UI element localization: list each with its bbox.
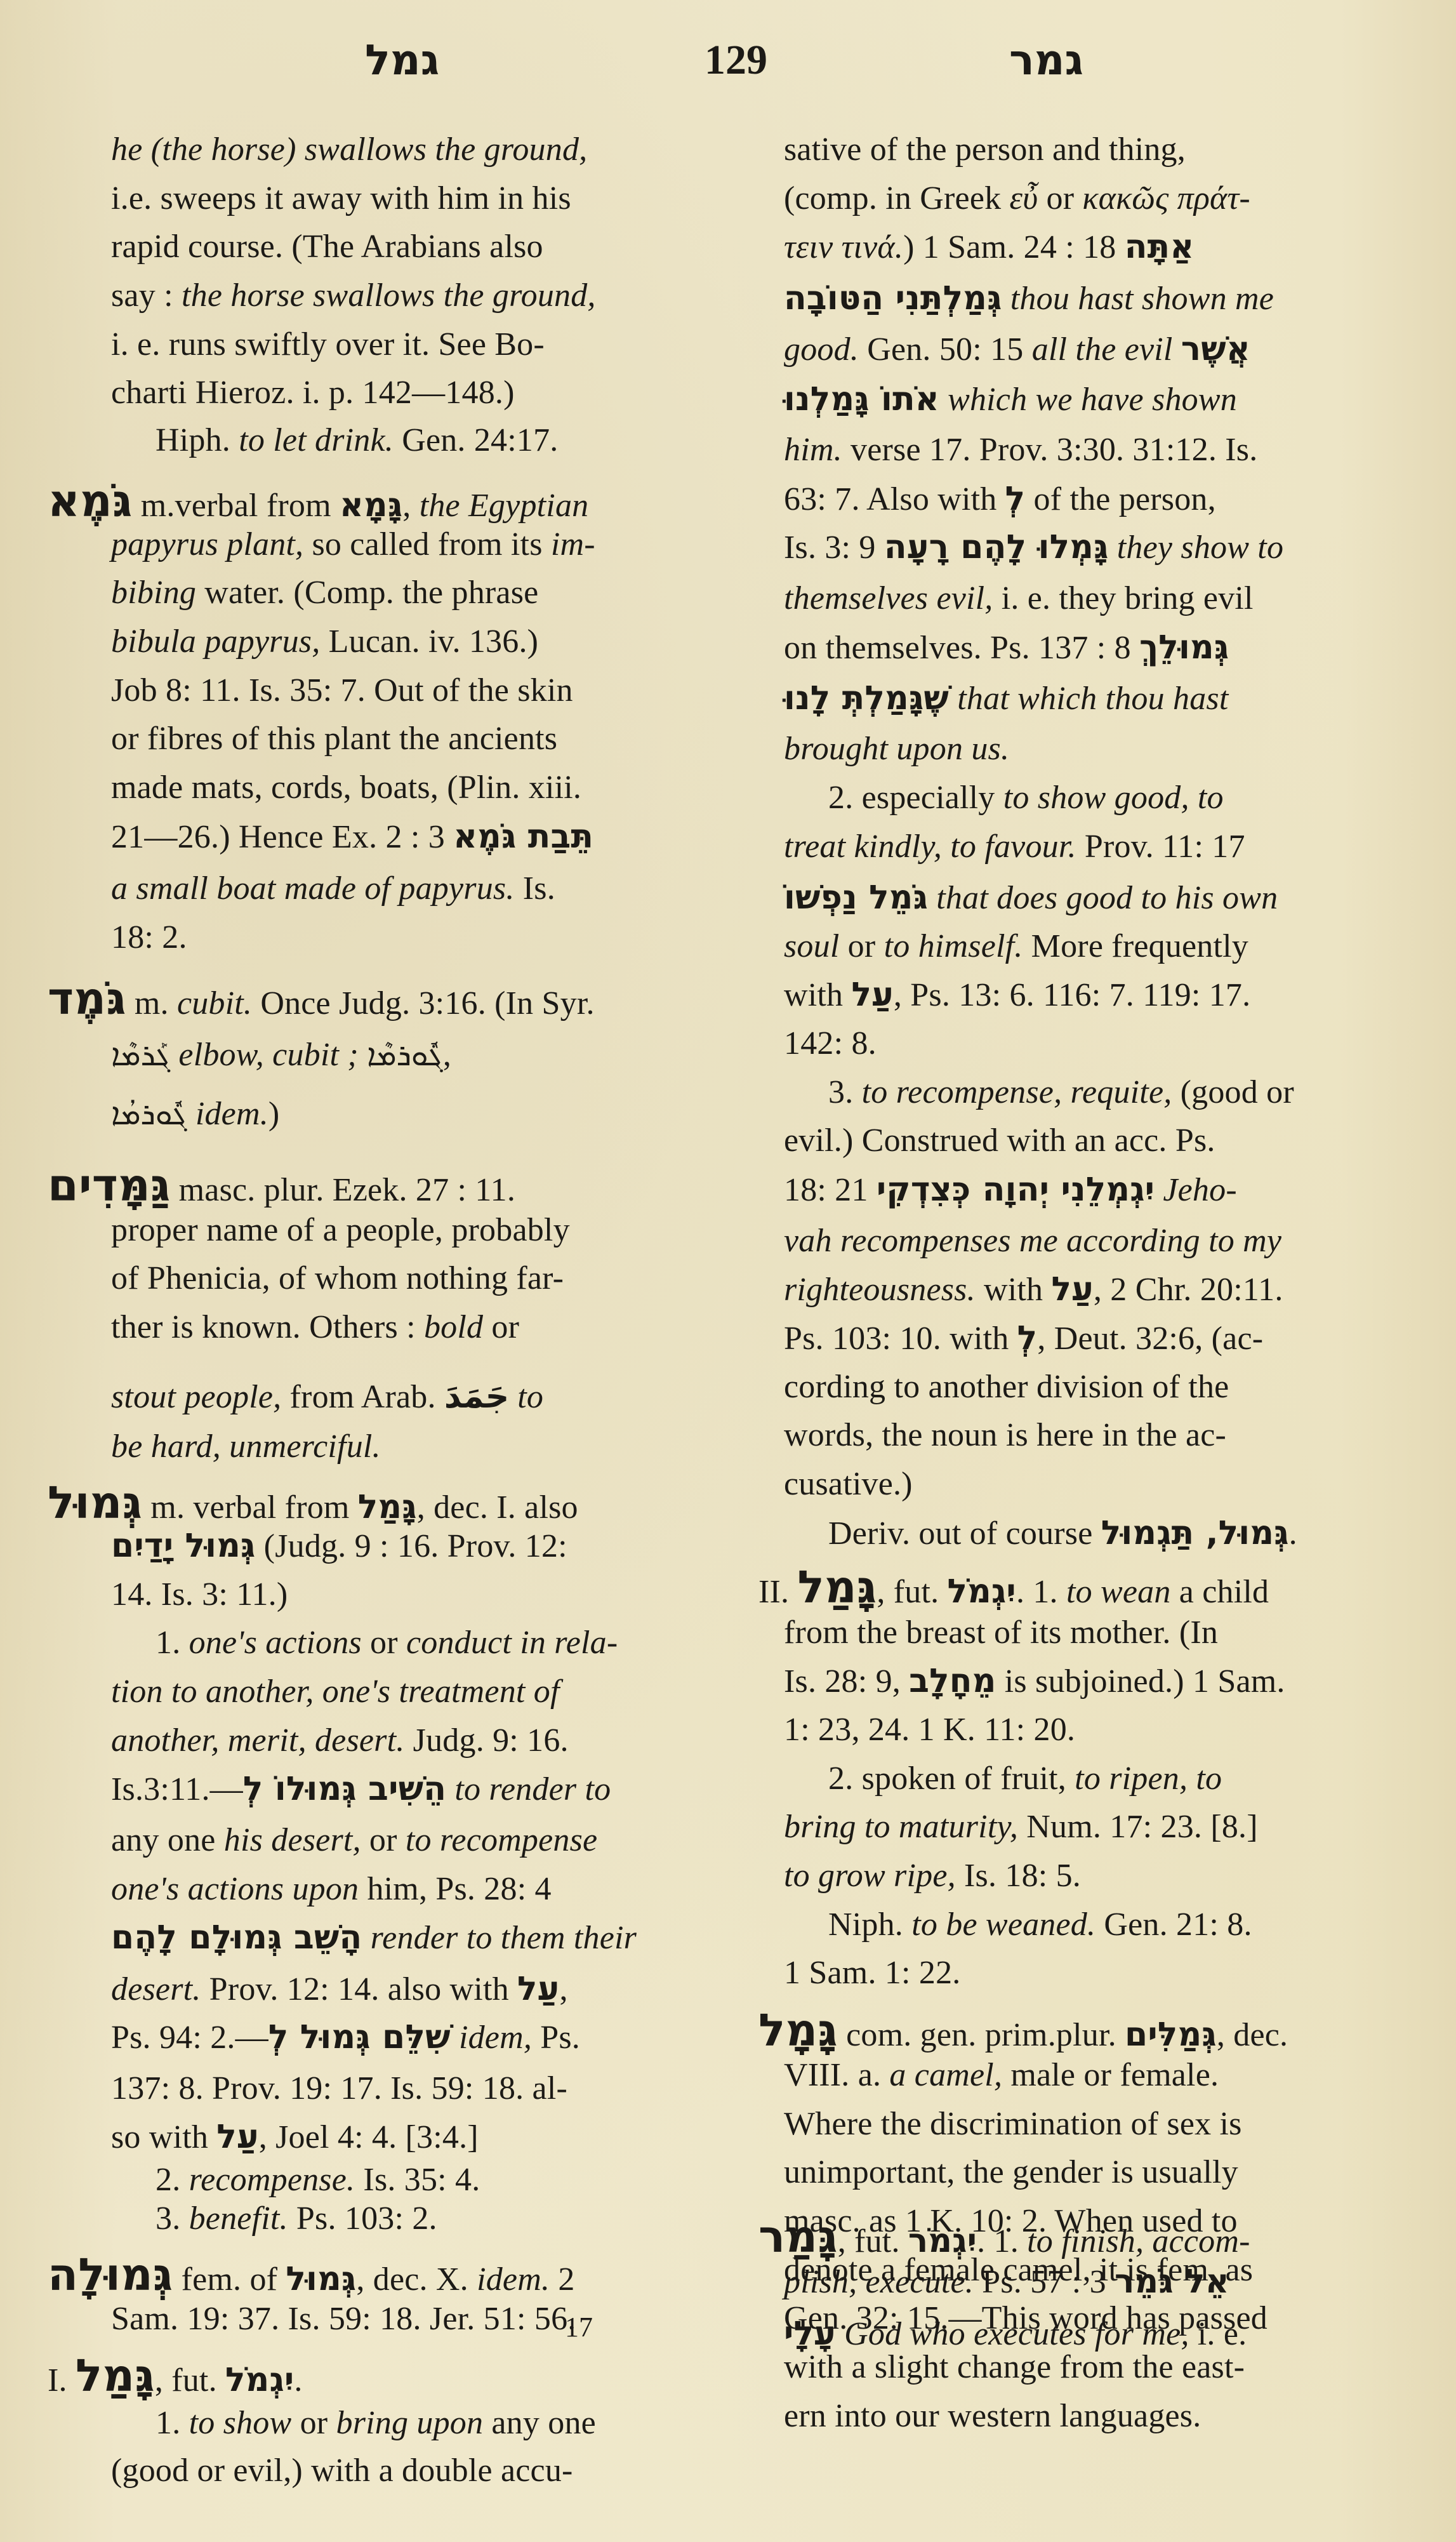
text-line: 2. especially to show good, to: [828, 782, 1224, 815]
italic-gloss: to wean: [1066, 1574, 1171, 1610]
body-text: 2. especially: [828, 780, 1003, 816]
text-line: plish, execute. Ps. 57 : 3 אֵל גֹּמֵר: [784, 2265, 1229, 2299]
italic-gloss: to let drink.: [239, 422, 394, 458]
text-line: rapid course. (The Arabians also: [111, 230, 543, 263]
body-text: Sam. 19: 37. Is. 59: 18. Jer. 51: 56.: [111, 2301, 576, 2337]
signature-mark: 17: [565, 2311, 593, 2343]
hebrew-word: גֹּמֵל נַפְשׁוֹ: [784, 879, 928, 917]
text-line: (comp. in Greek εὖ or κακῶς πράτ-: [784, 182, 1250, 215]
body-text: Ps. 57 : 3: [974, 2264, 1115, 2300]
body-text: [1155, 1172, 1163, 1208]
italic-gloss: conduct in rela-: [406, 1625, 618, 1661]
text-line: bibula papyrus, Lucan. iv. 136.): [111, 625, 538, 658]
text-line: גְּמַלְתַּנִי הַטּוֹבָה thou hast shown …: [784, 282, 1274, 316]
body-text: Deriv. out of course: [828, 1515, 1101, 1552]
italic-gloss: be hard, unmerciful.: [111, 1428, 381, 1465]
text-line: evil.) Construed with an acc. Ps.: [784, 1124, 1215, 1157]
body-text: 3.: [828, 1074, 862, 1110]
italic-gloss: to himself.: [884, 928, 1023, 964]
body-text: rapid course. (The Arabians also: [111, 229, 543, 265]
text-line: one's actions upon him, Ps. 28: 4: [111, 1873, 552, 1906]
text-line: say : the horse swallows the ground,: [111, 279, 596, 312]
body-text: made mats, cords, boats, (Plin. xiii.: [111, 769, 581, 806]
hebrew-word: גָּמַל: [358, 1488, 417, 1526]
hebrew-word: אֲשֶׁר: [1181, 330, 1250, 368]
body-text: ,: [402, 488, 419, 524]
text-line: גָּמַר, fut. יִגְמֹר. 1. to finish, acco…: [758, 2214, 1250, 2259]
body-text: [362, 1920, 370, 1956]
text-line: II. גָּמַל, fut. יִגְמֹל. 1. to wean a c…: [758, 1565, 1269, 1609]
text-line: vah recompenses me according to my: [784, 1225, 1281, 1258]
body-text: 14. Is. 3: 11.): [111, 1576, 288, 1613]
text-line: Is. 28: 9, מֵחָלָב is subjoined.) 1 Sam.: [784, 1665, 1285, 1698]
body-text: cusative.): [784, 1466, 913, 1502]
italic-gloss: treat kindly, to favour.: [784, 828, 1076, 865]
running-header: גמל 129 גמר: [0, 39, 1456, 103]
body-text: [1002, 281, 1010, 317]
body-text: Lucan. iv. 136.): [320, 623, 538, 660]
text-line: (good or evil,) with a double accu-: [111, 2454, 573, 2487]
italic-gloss: another, merit, desert.: [111, 1722, 404, 1759]
headword: גְּמוּלָה: [48, 2249, 173, 2301]
body-text: , fut.: [155, 2362, 225, 2399]
body-text: , Deut. 32:6, (ac-: [1037, 1321, 1263, 1357]
body-text: or: [361, 1822, 406, 1858]
body-text: or: [1038, 180, 1082, 216]
body-text: 142: 8.: [784, 1025, 877, 1061]
body-text: , fut.: [838, 2223, 908, 2259]
body-text: [451, 2020, 459, 2056]
body-text: 18: 2.: [111, 919, 187, 955]
text-line: so with עַל, Joel 4: 4. [3:4.]: [111, 2120, 479, 2154]
syriac-word: ܓܽܘܪܡܶܐ: [367, 1037, 443, 1073]
italic-gloss: im-: [551, 526, 595, 562]
headword: גֹּמֶד: [48, 973, 126, 1025]
italic-gloss: bibing: [111, 575, 196, 611]
text-line: desert. Prov. 12: 14. also with עַל,: [111, 1973, 568, 2006]
body-text: . 1.: [977, 2223, 1027, 2259]
text-line: with עַל, Ps. 13: 6. 116: 7. 119: 17.: [784, 978, 1250, 1012]
body-text: with: [976, 1272, 1052, 1308]
italic-gloss: to: [1198, 780, 1224, 816]
body-text: Ps. 103: 2.: [288, 2200, 437, 2237]
body-text: Niph.: [828, 1906, 911, 1943]
hebrew-word: לְ: [1017, 1319, 1038, 1357]
body-text: , dec.: [1217, 2017, 1288, 2053]
text-line: 1. one's actions or conduct in rela-: [156, 1627, 618, 1660]
body-text: [170, 1037, 178, 1073]
text-line: 18: 21 יִגְמְלֵנִי יְהוָה כְּצִדְקִי Jeh…: [784, 1173, 1237, 1207]
text-line: Hiph. to let drink. Gen. 24:17.: [156, 424, 558, 457]
body-text: .: [294, 2362, 302, 2399]
body-text: any one: [483, 2405, 596, 2441]
text-line: with a slight change from the east-: [784, 2351, 1245, 2384]
hebrew-word: אֹתוֹ גָּמַלְנוּ: [784, 380, 939, 418]
text-line: 14. Is. 3: 11.): [111, 1578, 288, 1611]
hebrew-word: שִׁלֵּם גְּמוּל לְ: [268, 2018, 451, 2056]
text-line: any one his desert, or to recompense: [111, 1824, 597, 1857]
body-text: Ps. 103: 10. with: [784, 1321, 1017, 1357]
body-text: Prov. 12: 14. also with: [201, 1971, 517, 2007]
italic-gloss: bold: [424, 1309, 483, 1345]
headword: גָּמָל: [758, 2004, 838, 2056]
text-line: τειν τινά.) 1 Sam. 24 : 18 אַתָּה: [784, 230, 1194, 264]
text-line: cording to another division of the: [784, 1371, 1229, 1404]
body-text: [1188, 1760, 1196, 1797]
syriac-word: ܓܽܘܪܡܳܐ: [111, 1096, 187, 1132]
body-text: Job 8: 11. Is. 35: 7. Out of the skin: [111, 672, 573, 709]
text-line: עָלָי God who executes for me, i. e.: [784, 2317, 1247, 2351]
text-line: sative of the person and thing,: [784, 133, 1186, 166]
hebrew-word: לְ: [1005, 480, 1026, 518]
italic-gloss: elbow, cubit ;: [178, 1037, 358, 1073]
body-text: , dec. I. also: [417, 1489, 578, 1526]
body-text: , dec. X.: [356, 2261, 477, 2298]
italic-gloss: the Egyptian: [420, 488, 589, 524]
hebrew-word: מֵחָלָב: [909, 1662, 996, 1700]
body-text: [446, 1771, 454, 1807]
italic-gloss: that which thou hast: [957, 681, 1228, 717]
hebrew-word: עָלָי: [784, 2315, 836, 2353]
body-text: ern into our western languages.: [784, 2398, 1201, 2434]
body-text: .: [1289, 1515, 1297, 1552]
hebrew-word: יִגְמֹל: [948, 1573, 1016, 1611]
headword: גְּמוּל: [48, 1477, 142, 1529]
text-line: words, the noun is here in the ac-: [784, 1419, 1226, 1452]
text-line: Is.3:11.—הֵשִׁיב גְּמוּלוֹ לְ to render …: [111, 1773, 611, 1806]
body-text: cording to another division of the: [784, 1369, 1229, 1405]
body-text: II.: [758, 1574, 797, 1610]
italic-gloss: a small boat made of papyrus.: [111, 870, 515, 907]
italic-gloss: bibula papyrus,: [111, 623, 320, 660]
hebrew-word: אַתָּה: [1125, 228, 1195, 266]
italic-gloss: they show to: [1117, 529, 1283, 566]
body-text: 1.: [156, 1625, 189, 1661]
text-line: גַּמָּדִים masc. plur. Ezek. 27 : 11.: [48, 1163, 515, 1208]
body-text: i.e. sweeps it away with him in his: [111, 180, 571, 216]
italic-gloss: benefit.: [189, 2200, 288, 2237]
italic-gloss: which we have shown: [948, 382, 1237, 418]
hebrew-word: גָּמְלוּ לָהֶם רָעָה: [884, 528, 1109, 566]
body-text: 137: 8. Prov. 19: 17. Is. 59: 18. al-: [111, 2070, 567, 2106]
body-text: is subjoined.) 1 Sam.: [996, 1663, 1285, 1700]
hebrew-word: עַל: [216, 2118, 258, 2156]
italic-gloss: εὖ: [1010, 180, 1038, 216]
italic-gloss: soul: [784, 928, 839, 964]
body-text: from the breast of its mother. (In: [784, 1614, 1218, 1651]
body-text: [836, 2316, 844, 2352]
left-guideword: גמל: [365, 39, 439, 81]
headword: גָּמַר: [758, 2211, 838, 2263]
text-line: themselves evil, i. e. they bring evil: [784, 582, 1254, 615]
italic-gloss: to: [517, 1379, 543, 1415]
hebrew-word: יִגְמֹל: [225, 2361, 294, 2399]
text-line: 1: 23, 24. 1 K. 11: 20.: [784, 1714, 1075, 1747]
syriac-word: ܓܰܪܡܶܐ: [111, 1037, 170, 1073]
text-line: unimportant, the gender is usually: [784, 2156, 1238, 2189]
body-text: 3.: [156, 2200, 189, 2237]
body-text: unimportant, the gender is usually: [784, 2154, 1238, 2190]
text-line: papyrus plant, so called from its im-: [111, 528, 595, 561]
italic-gloss: vah recompenses me according to my: [784, 1223, 1281, 1259]
body-text: Is. 18: 5.: [956, 1858, 1081, 1894]
body-text: or: [362, 1625, 406, 1661]
italic-gloss: plish, execute.: [784, 2264, 974, 2300]
body-text: i. e. they bring evil: [993, 580, 1254, 616]
body-text: with: [784, 977, 851, 1013]
hebrew-word: גְּמוּל: [286, 2260, 356, 2298]
body-text: [1109, 529, 1117, 566]
text-line: שֶׁגָּמַלְתְּ לָנוּ that which thou hast: [784, 682, 1229, 715]
body-text: of the person,: [1025, 481, 1215, 517]
body-text: ,: [559, 1971, 567, 2007]
italic-gloss: τειν τινά.: [784, 229, 903, 265]
italic-gloss: render to them their: [371, 1920, 637, 1956]
text-line: 137: 8. Prov. 19: 17. Is. 59: 18. al-: [111, 2072, 567, 2105]
body-text: (comp. in Greek: [784, 180, 1010, 216]
text-line: treat kindly, to favour. Prov. 11: 17: [784, 830, 1245, 863]
text-line: גָּמָל com. gen. prim.plur. גְּמַלִּים, …: [758, 2008, 1288, 2053]
hebrew-word: עַל: [1051, 1270, 1093, 1308]
hebrew-word: עַל: [517, 1970, 559, 2008]
body-text: m.verbal from: [133, 488, 340, 524]
italic-gloss: all the evil: [1032, 331, 1173, 368]
body-text: VIII. a.: [784, 2057, 889, 2093]
italic-gloss: his desert,: [224, 1822, 361, 1858]
body-text: I.: [48, 2362, 76, 2399]
italic-gloss: to show good,: [1003, 780, 1189, 816]
text-line: i.e. sweeps it away with him in his: [111, 182, 571, 215]
body-text: , 2 Chr. 20:11.: [1094, 1272, 1283, 1308]
text-line: another, merit, desert. Judg. 9: 16.: [111, 1724, 569, 1757]
body-text: him, Ps. 28: 4: [359, 1871, 552, 1907]
text-line: ܓܽܘܪܡܳܐ idem.): [111, 1098, 279, 1131]
body-text: proper name of a people, probably: [111, 1212, 570, 1248]
text-line: 2. recompense. Is. 35: 4.: [156, 2164, 480, 2197]
italic-gloss: to be weaned.: [911, 1906, 1095, 1943]
hebrew-word: גָּמָא: [340, 486, 402, 524]
dictionary-page: גמל 129 גמר he (the horse) swallows the …: [0, 0, 1456, 2542]
italic-gloss: to finish, accom-: [1027, 2223, 1250, 2259]
italic-gloss: stout people,: [111, 1379, 281, 1415]
right-guideword: גמר: [1009, 39, 1083, 81]
hebrew-word: עַל: [851, 976, 893, 1014]
text-line: or fibres of this plant the ancients: [111, 722, 557, 755]
italic-gloss: to show: [189, 2405, 292, 2441]
italic-gloss: thou hast shown me: [1010, 281, 1274, 317]
body-text: i. e.: [1189, 2316, 1247, 2352]
text-line: 142: 8.: [784, 1027, 877, 1060]
body-text: m.: [126, 985, 177, 1021]
body-text: [949, 681, 957, 717]
headword: גָּמַל: [797, 1561, 877, 1613]
headword: גַּמָּדִים: [48, 1159, 170, 1211]
body-text: 18: 21: [784, 1172, 877, 1208]
body-text: verse 17. Prov. 3:30. 31:12. Is.: [842, 432, 1258, 468]
body-text: (good or: [1172, 1074, 1294, 1110]
body-text: , Joel 4: 4. [3:4.]: [259, 2119, 479, 2155]
hebrew-word: הָשֵׁב גְּמוּלָם לָהֶם: [111, 1919, 362, 1957]
body-text: Is. 35: 4.: [355, 2162, 480, 2198]
text-line: 1. to show or bring upon any one: [156, 2407, 596, 2440]
body-text: , Ps. 13: 6. 116: 7. 119: 17.: [894, 977, 1250, 1013]
headword: גָּמַל: [76, 2350, 155, 2402]
italic-gloss: one's actions upon: [111, 1871, 359, 1907]
italic-gloss: a camel,: [889, 2057, 1002, 2093]
italic-gloss: God who executes for me,: [844, 2316, 1189, 2352]
text-line: 3. to recompense, requite, (good or: [828, 1076, 1294, 1109]
italic-gloss: tion to another, one's treatment of: [111, 1674, 560, 1710]
italic-gloss: bring to maturity,: [784, 1809, 1018, 1845]
body-text: i. e. runs swiftly over it. See Bo-: [111, 326, 545, 363]
body-text: [1173, 331, 1181, 368]
text-line: Ps. 94: 2.—שִׁלֵּם גְּמוּל לְ idem, Ps.: [111, 2021, 580, 2054]
body-text: , fut.: [877, 1574, 947, 1610]
text-line: 18: 2.: [111, 921, 187, 954]
italic-gloss: good.: [784, 331, 859, 368]
text-line: on themselves. Ps. 137 : 8 גְּמוּלֵךְ: [784, 631, 1229, 665]
body-text: ther is known. Others :: [111, 1309, 424, 1345]
hebrew-word: תֵּבַת גֹּמֶא: [453, 818, 593, 856]
text-line: ern into our western languages.: [784, 2400, 1201, 2433]
text-line: גֹּמֶד m. cubit. Once Judg. 3:16. (In Sy…: [48, 976, 595, 1021]
italic-gloss: desert.: [111, 1971, 201, 2007]
body-text: [939, 382, 948, 418]
hebrew-word: גְּמַלְתַּנִי הַטּוֹבָה: [784, 279, 1002, 317]
italic-gloss: idem.: [195, 1096, 268, 1132]
body-text: Prov. 11: 17: [1076, 828, 1245, 865]
body-text: words, the noun is here in the ac-: [784, 1417, 1226, 1453]
text-line: הָשֵׁב גְּמוּלָם לָהֶם render to them th…: [111, 1921, 637, 1955]
text-line: of Phenicia, of whom nothing far-: [111, 1262, 564, 1295]
body-text: evil.) Construed with an acc. Ps.: [784, 1122, 1215, 1159]
body-text: ,: [443, 1037, 451, 1073]
body-text: (good or evil,) with a double accu-: [111, 2452, 573, 2489]
body-text: Once Judg. 3:16. (In Syr.: [252, 985, 595, 1021]
body-text: male or female.: [1002, 2057, 1219, 2093]
text-line: Where the discrimination of sex is: [784, 2108, 1242, 2141]
text-line: him. verse 17. Prov. 3:30. 31:12. Is.: [784, 434, 1257, 467]
text-line: stout people, from Arab. جَمَدَ to: [111, 1380, 543, 1414]
italic-gloss: to recompense: [406, 1822, 597, 1858]
hebrew-word: אֵל גֹּמֵר: [1115, 2263, 1229, 2301]
hebrew-word: יִגְמְלֵנִי יְהוָה כְּצִדְקִי: [877, 1171, 1155, 1209]
text-line: VIII. a. a camel, male or female.: [784, 2059, 1219, 2092]
text-line: Ps. 103: 10. with לְ, Deut. 32:6, (ac-: [784, 1322, 1263, 1355]
italic-gloss: one's actions: [189, 1625, 362, 1661]
text-line: to grow ripe, Is. 18: 5.: [784, 1860, 1081, 1893]
body-text: 63: 7. Also with: [784, 481, 1005, 517]
body-text: Gen. 50: 15: [859, 331, 1032, 368]
body-text: 1: 23, 24. 1 K. 11: 20.: [784, 1712, 1075, 1748]
hebrew-word: جَمَدَ: [444, 1378, 509, 1416]
hebrew-word: יִגְמֹר: [908, 2222, 977, 2260]
italic-gloss: to: [1196, 1760, 1222, 1797]
body-text: or: [483, 1309, 519, 1345]
body-text: com. gen. prim.plur.: [838, 2017, 1125, 2053]
body-text: say :: [111, 277, 182, 314]
hebrew-word: גְּמוּלֵךְ: [1139, 629, 1229, 667]
headword: גֹּמֶא: [48, 475, 133, 527]
text-line: made mats, cords, boats, (Plin. xiii.: [111, 771, 581, 804]
body-text: [359, 1037, 367, 1073]
body-text: Ps.: [532, 2020, 580, 2056]
text-line: he (the horse) swallows the ground,: [111, 133, 587, 166]
body-text: . 1.: [1016, 1574, 1066, 1610]
body-text: [509, 1379, 517, 1415]
text-line: good. Gen. 50: 15 all the evil אֲשֶׁר: [784, 333, 1250, 366]
hebrew-word: הֵשִׁיב גְּמוּלוֹ לְ: [243, 1770, 446, 1808]
text-line: 1 Sam. 1: 22.: [784, 1957, 961, 1990]
text-line: גְּמוּל m. verbal from גָּמַל, dec. I. a…: [48, 1481, 578, 1525]
text-line: Deriv. out of course גְּמוּל, תַּגְמוּל.: [828, 1517, 1297, 1550]
italic-gloss: he (the horse) swallows the ground,: [111, 131, 587, 168]
text-line: bring to maturity, Num. 17: 23. [8.]: [784, 1811, 1258, 1844]
body-text: Is.: [515, 870, 555, 907]
body-text: Where the discrimination of sex is: [784, 2106, 1242, 2142]
body-text: 2: [550, 2261, 574, 2298]
body-text: ) 1 Sam. 24 : 18: [903, 229, 1125, 265]
text-line: גֹּמֶא m.verbal from גָּמָא, the Egyptia…: [48, 479, 588, 523]
text-line: Sam. 19: 37. Is. 59: 18. Jer. 51: 56.: [111, 2303, 576, 2336]
body-text: from Arab.: [281, 1379, 444, 1415]
body-text: (Judg. 9 : 16. Prov. 12:: [255, 1528, 567, 1564]
body-text: a child: [1171, 1574, 1269, 1610]
text-line: 2. spoken of fruit, to ripen, to: [828, 1762, 1222, 1795]
body-text: 1.: [156, 2405, 189, 2441]
text-line: ther is known. Others : bold or: [111, 1311, 519, 1344]
text-line: cusative.): [784, 1468, 913, 1501]
italic-gloss: to grow ripe,: [784, 1858, 956, 1894]
body-text: sative of the person and thing,: [784, 131, 1186, 168]
italic-gloss: brought upon us.: [784, 731, 1009, 767]
text-line: גְּמוּלָה fem. of גְּמוּל, dec. X. idem.…: [48, 2253, 575, 2297]
italic-gloss: idem,: [459, 2020, 532, 2056]
text-line: soul or to himself. More frequently: [784, 930, 1248, 963]
body-text: Gen. 24:17.: [394, 422, 558, 458]
italic-gloss: idem.: [477, 2261, 550, 2298]
body-text: or: [291, 2405, 336, 2441]
body-text: charti Hieroz. i. p. 142—148.): [111, 375, 515, 411]
body-text: so called from its: [303, 526, 551, 562]
text-line: righteousness. with עַל, 2 Chr. 20:11.: [784, 1273, 1283, 1307]
italic-gloss: cubit.: [177, 985, 252, 1021]
text-line: ܓܰܪܡܶܐ elbow, cubit ; ܓܽܘܪܡܶܐ,: [111, 1039, 451, 1072]
body-text: or fibres of this plant the ancients: [111, 721, 557, 757]
body-text: m. verbal from: [142, 1489, 358, 1526]
body-text: ): [268, 1096, 280, 1132]
italic-gloss: Jeho-: [1163, 1172, 1236, 1208]
italic-gloss: the horse swallows the ground,: [182, 277, 596, 314]
body-text: 1 Sam. 1: 22.: [784, 1955, 961, 1991]
text-line: 3. benefit. Ps. 103: 2.: [156, 2202, 437, 2235]
italic-gloss: to ripen,: [1075, 1760, 1188, 1797]
text-line: proper name of a people, probably: [111, 1214, 570, 1247]
body-text: Judg. 9: 16.: [404, 1722, 568, 1759]
body-text: [1189, 780, 1198, 816]
italic-gloss: to render to: [454, 1771, 611, 1807]
italic-gloss: themselves evil,: [784, 580, 993, 616]
italic-gloss: that does good to his own: [936, 880, 1278, 916]
body-text: fem. of: [173, 2261, 286, 2298]
text-line: i. e. runs swiftly over it. See Bo-: [111, 328, 545, 361]
body-text: Is. 28: 9,: [784, 1663, 909, 1700]
body-text: More frequently: [1023, 928, 1248, 964]
text-line: גְּמוּל יָדַיִם (Judg. 9 : 16. Prov. 12:: [111, 1529, 567, 1563]
body-text: masc. plur. Ezek. 27 : 11.: [170, 1172, 515, 1208]
hebrew-word: גְּמַלִּים: [1125, 2016, 1217, 2054]
body-text: [187, 1096, 195, 1132]
